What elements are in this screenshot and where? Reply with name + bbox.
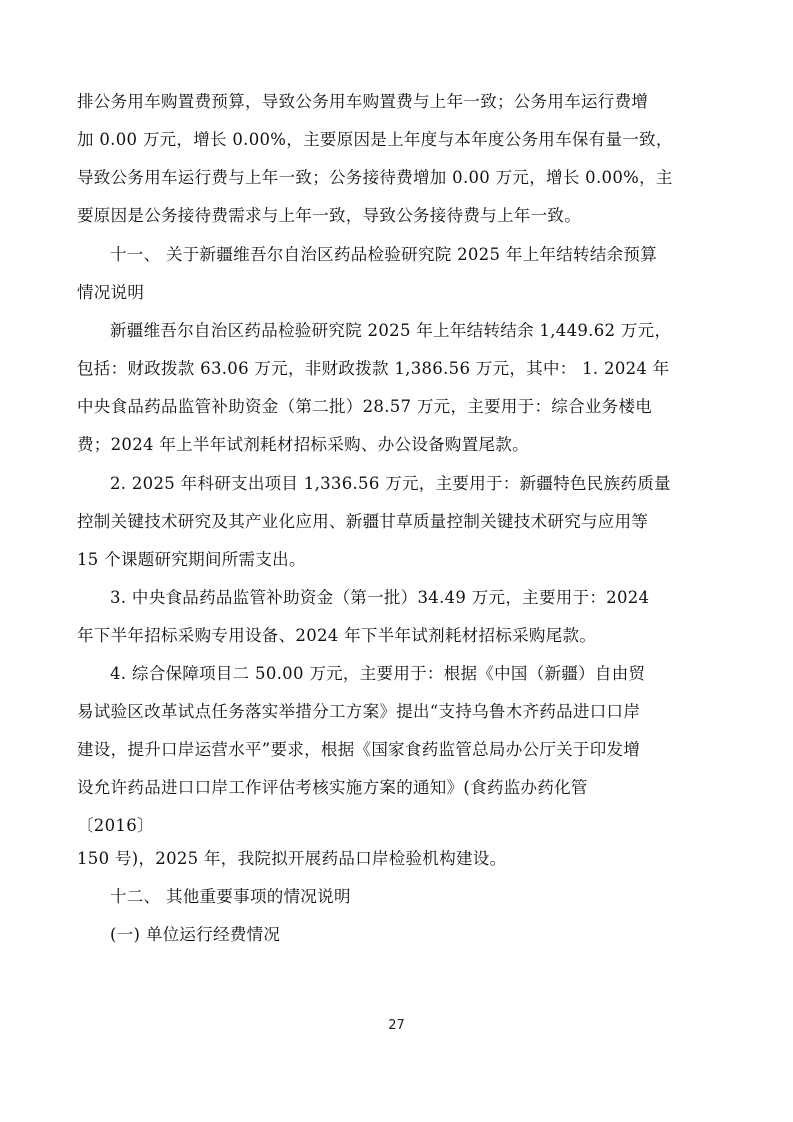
list-item-3: 3. 中央食品药品监管补助资金（第一批）34.49 万元，主要用于：2024 (110, 588, 649, 608)
paragraph-line: 〔2016〕 (77, 816, 154, 836)
paragraph-line: 建设，提升口岸运营水平”要求，根据《国家食药监管总局办公厅关于印发增 (77, 740, 640, 760)
subsection-heading-1: (一) 单位运行经费情况 (110, 925, 280, 945)
section-heading-11: 十一、 关于新疆维吾尔自治区药品检验研究院 2025 年上年结转结余预算 (110, 245, 657, 265)
paragraph-line: 加 0.00 万元，增长 0.00%，主要原因是上年度与本年度公务用车保有量一致… (77, 130, 673, 150)
paragraph-line: 要原因是公务接待费需求与上年一致，导致公务接待费与上年一致。 (77, 206, 581, 226)
section-heading-11-continued: 情况说明 (77, 283, 144, 303)
paragraph-line: 排公务用车购置费预算，导致公务用车购置费与上年一致；公务用车运行费增 (77, 92, 648, 112)
paragraph-line: 150 号)，2025 年，我院拟开展药品口岸检验机构建设。 (77, 849, 506, 869)
list-item-2: 2. 2025 年科研支出项目 1,336.56 万元，主要用于：新疆特色民族药… (110, 474, 671, 494)
paragraph-line: 设允许药品进口口岸工作评估考核实施方案的通知》(食药监办药化管 (77, 778, 588, 798)
paragraph-line: 新疆维吾尔自治区药品检验研究院 2025 年上年结转结余 1,449.62 万元… (110, 321, 671, 341)
paragraph-line: 易试验区改革试点任务落实举措分工方案》提出“支持乌鲁木齐药品进口口岸 (77, 702, 640, 722)
section-heading-12: 十二、 其他重要事项的情况说明 (110, 887, 351, 907)
page-number: 27 (0, 1018, 793, 1033)
paragraph-line: 年下半年招标采购专用设备、2024 年下半年试剂耗材招标采购尾款。 (77, 626, 596, 646)
paragraph-line: 包括：财政拨款 63.06 万元，非财政拨款 1,386.56 万元，其中： 1… (77, 359, 670, 379)
paragraph-line: 控制关键技术研究及其产业化应用、新疆甘草质量控制关键技术研究与应用等 (77, 512, 648, 532)
list-item-4: 4. 综合保障项目二 50.00 万元，主要用于：根据《中国（新疆）自由贸 (110, 664, 645, 684)
paragraph-line: 中央食品药品监管补助资金（第二批）28.57 万元，主要用于：综合业务楼电 (77, 397, 652, 417)
paragraph-line: 导致公务用车运行费与上年一致；公务接待费增加 0.00 万元，增长 0.00%，… (77, 168, 673, 188)
paragraph-line: 15 个课题研究期间所需支出。 (77, 550, 306, 570)
document-page: 排公务用车购置费预算，导致公务用车购置费与上年一致；公务用车运行费增 加 0.0… (0, 0, 793, 1122)
paragraph-line: 费；2024 年上半年试剂耗材招标采购、办公设备购置尾款。 (77, 435, 529, 455)
